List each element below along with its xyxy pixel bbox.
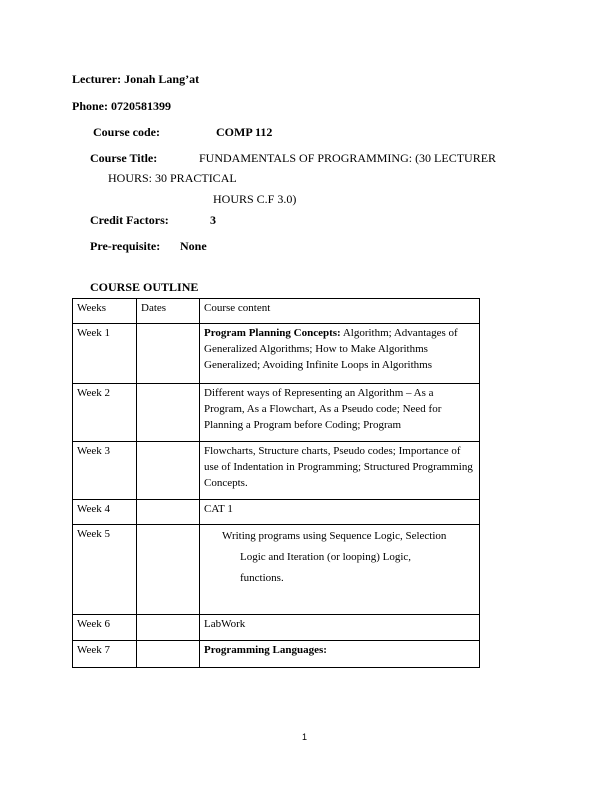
phone-line: Phone: 0720581399 <box>72 99 171 114</box>
content-cell: Programming Languages: <box>200 641 480 668</box>
date-cell <box>137 500 200 525</box>
column-header-weeks: Weeks <box>73 299 137 324</box>
course-code-value: COMP 112 <box>216 125 272 140</box>
table-row: Week 4 CAT 1 <box>73 500 480 525</box>
course-title-line2: HOURS: 30 PRACTICAL <box>108 171 237 186</box>
prerequisite-label: Pre-requisite: <box>90 239 160 254</box>
column-header-content: Course content <box>200 299 480 324</box>
course-outline-heading: COURSE OUTLINE <box>90 280 198 295</box>
column-header-dates: Dates <box>137 299 200 324</box>
date-cell <box>137 384 200 442</box>
content-cell: Program Planning Concepts: Algorithm; Ad… <box>200 324 480 384</box>
content-cell: Writing programs using Sequence Logic, S… <box>200 525 480 615</box>
topic-title: Program Planning Concepts: <box>204 327 341 339</box>
week-cell: Week 3 <box>73 442 137 500</box>
date-cell <box>137 615 200 641</box>
content-line: Writing programs using Sequence Logic, S… <box>204 526 475 547</box>
course-outline-table: Weeks Dates Course content Week 1 Progra… <box>72 298 480 668</box>
page-number: 1 <box>302 732 307 742</box>
table-row: Week 2 Different ways of Representing an… <box>73 384 480 442</box>
credit-factors-value: 3 <box>210 213 216 228</box>
table-row: Week 7 Programming Languages: <box>73 641 480 668</box>
course-title-label: Course Title: <box>90 151 157 166</box>
course-title-line3: HOURS C.F 3.0) <box>213 192 296 207</box>
week-cell: Week 2 <box>73 384 137 442</box>
content-line: functions. <box>204 568 475 589</box>
course-code-label: Course code: <box>93 125 160 140</box>
week-cell: Week 6 <box>73 615 137 641</box>
course-title-line1: FUNDAMENTALS OF PROGRAMMING: (30 LECTURE… <box>199 151 496 166</box>
content-line: Logic and Iteration (or looping) Logic, <box>204 547 475 568</box>
date-cell <box>137 525 200 615</box>
date-cell <box>137 324 200 384</box>
content-cell: LabWork <box>200 615 480 641</box>
credit-factors-label: Credit Factors: <box>90 213 169 228</box>
week-cell: Week 7 <box>73 641 137 668</box>
prerequisite-value: None <box>180 239 207 254</box>
date-cell <box>137 641 200 668</box>
table-header-row: Weeks Dates Course content <box>73 299 480 324</box>
table-row: Week 1 Program Planning Concepts: Algori… <box>73 324 480 384</box>
table-row: Week 5 Writing programs using Sequence L… <box>73 525 480 615</box>
table-row: Week 3 Flowcharts, Structure charts, Pse… <box>73 442 480 500</box>
week-cell: Week 4 <box>73 500 137 525</box>
content-cell: Flowcharts, Structure charts, Pseudo cod… <box>200 442 480 500</box>
lecturer-line: Lecturer: Jonah Lang’at <box>72 72 199 87</box>
table-row: Week 6 LabWork <box>73 615 480 641</box>
date-cell <box>137 442 200 500</box>
content-cell: CAT 1 <box>200 500 480 525</box>
week-cell: Week 1 <box>73 324 137 384</box>
week-cell: Week 5 <box>73 525 137 615</box>
topic-title: Programming Languages: <box>204 644 327 656</box>
content-cell: Different ways of Representing an Algori… <box>200 384 480 442</box>
